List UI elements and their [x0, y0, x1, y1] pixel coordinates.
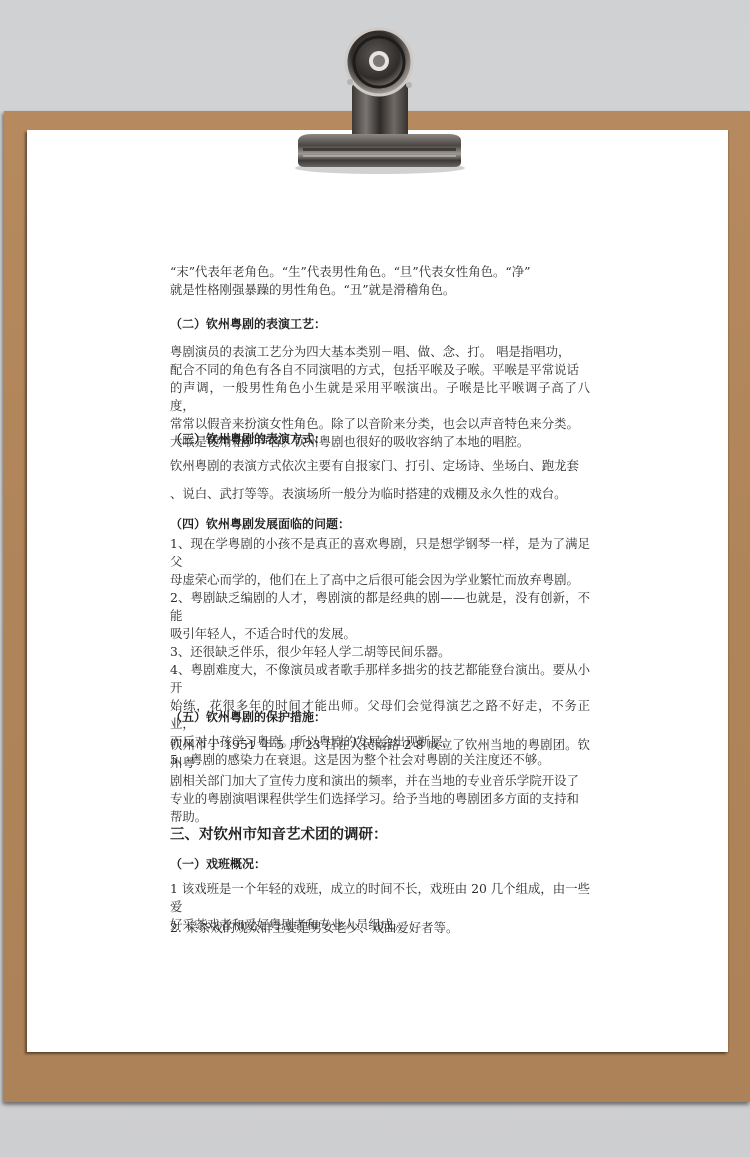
text-line: “末”代表年老角色。“生”代表男性角色。“旦”代表女性角色。“净”	[170, 263, 590, 281]
text-line: 母虚荣心而学的，他们在上了高中之后很可能会因为学业繁忙而放弃粤剧。	[170, 571, 590, 589]
text-line: 的声调，一般男性角色小生就是采用平喉演出。子喉是比平喉调子高了八度，	[170, 379, 590, 415]
part-3-sub-1-heading: （一）戏班概况：	[170, 855, 590, 873]
text-line: 4、粤剧难度大，不像演员或者歌手那样多拙劣的技艺都能登台演出。要从小开	[170, 661, 590, 697]
text-line: 配合不同的角色有各自不同演唱的方式，包括平喉及子喉。平喉是平常说话	[170, 361, 590, 379]
text-line: 2、粤剧缺乏编剧的人才，粤剧演的都是经典的剧——也就是，没有创新，不能	[170, 589, 590, 625]
text-line: 3、还很缺乏伴乐，很少年轻人学二胡等民间乐器。	[170, 643, 590, 661]
part-3-item-2: 2. 采茶戏的观众群主要是男女老少、戏曲爱好者等。	[170, 919, 590, 937]
section-4-list: 1、现在学粤剧的小孩不是真正的喜欢粤剧，只是想学钢琴一样，是为了满足父 母虚荣心…	[170, 535, 590, 769]
text-line: 就是性格刚强暴躁的男性角色。“丑”就是滑稽角色。	[170, 281, 590, 299]
section-3-heading: （三）钦州粤剧的表演方式：	[170, 430, 590, 448]
intro-paragraph: “末”代表年老角色。“生”代表男性角色。“旦”代表女性角色。“净” 就是性格刚强…	[170, 263, 590, 299]
section-3-line-2: 、说白、武打等等。表演场所一般分为临时搭建的戏棚及永久性的戏台。	[170, 485, 590, 503]
text-line: 1、现在学粤剧的小孩不是真正的喜欢粤剧，只是想学钢琴一样，是为了满足父	[170, 535, 590, 571]
text-line: 1 该戏班是一个年轻的戏班，成立的时间不长，戏班由 20 几个组成，由一些爱	[170, 880, 590, 916]
text-line: 吸引年轻人，不适合时代的发展。	[170, 625, 590, 643]
text-line: 帮助。	[170, 808, 590, 826]
text-line: 粤剧演员的表演工艺分为四大基本类别－唱、做、念、打。 唱是指唱功，	[170, 343, 590, 361]
section-5-heading: （五）钦州粤剧的保护措施：	[170, 708, 590, 726]
part-3-heading: 三、对钦州市知音艺术团的调研：	[170, 826, 590, 844]
text-line: 专业的粤剧演唱课程供学生们选择学习。给予当地的粤剧团多方面的支持和	[170, 790, 590, 808]
section-2-heading: （二）钦州粤剧的表演工艺：	[170, 315, 590, 333]
section-3-line-1: 钦州粤剧的表演方式依次主要有自报家门、打引、定场诗、坐场白、跑龙套	[170, 457, 590, 475]
text-line: 剧相关部门加大了宣传力度和演出的频率，并在当地的专业音乐学院开设了	[170, 772, 590, 790]
section-4-heading: （四）钦州粤剧发展面临的问题：	[170, 515, 590, 533]
text-line: 钦州市于 1951 年 5 月 23 日在人民南路 2 8 成立了钦州当地的粤剧…	[170, 736, 590, 772]
section-5-paragraph: 钦州市于 1951 年 5 月 23 日在人民南路 2 8 成立了钦州当地的粤剧…	[170, 736, 590, 826]
